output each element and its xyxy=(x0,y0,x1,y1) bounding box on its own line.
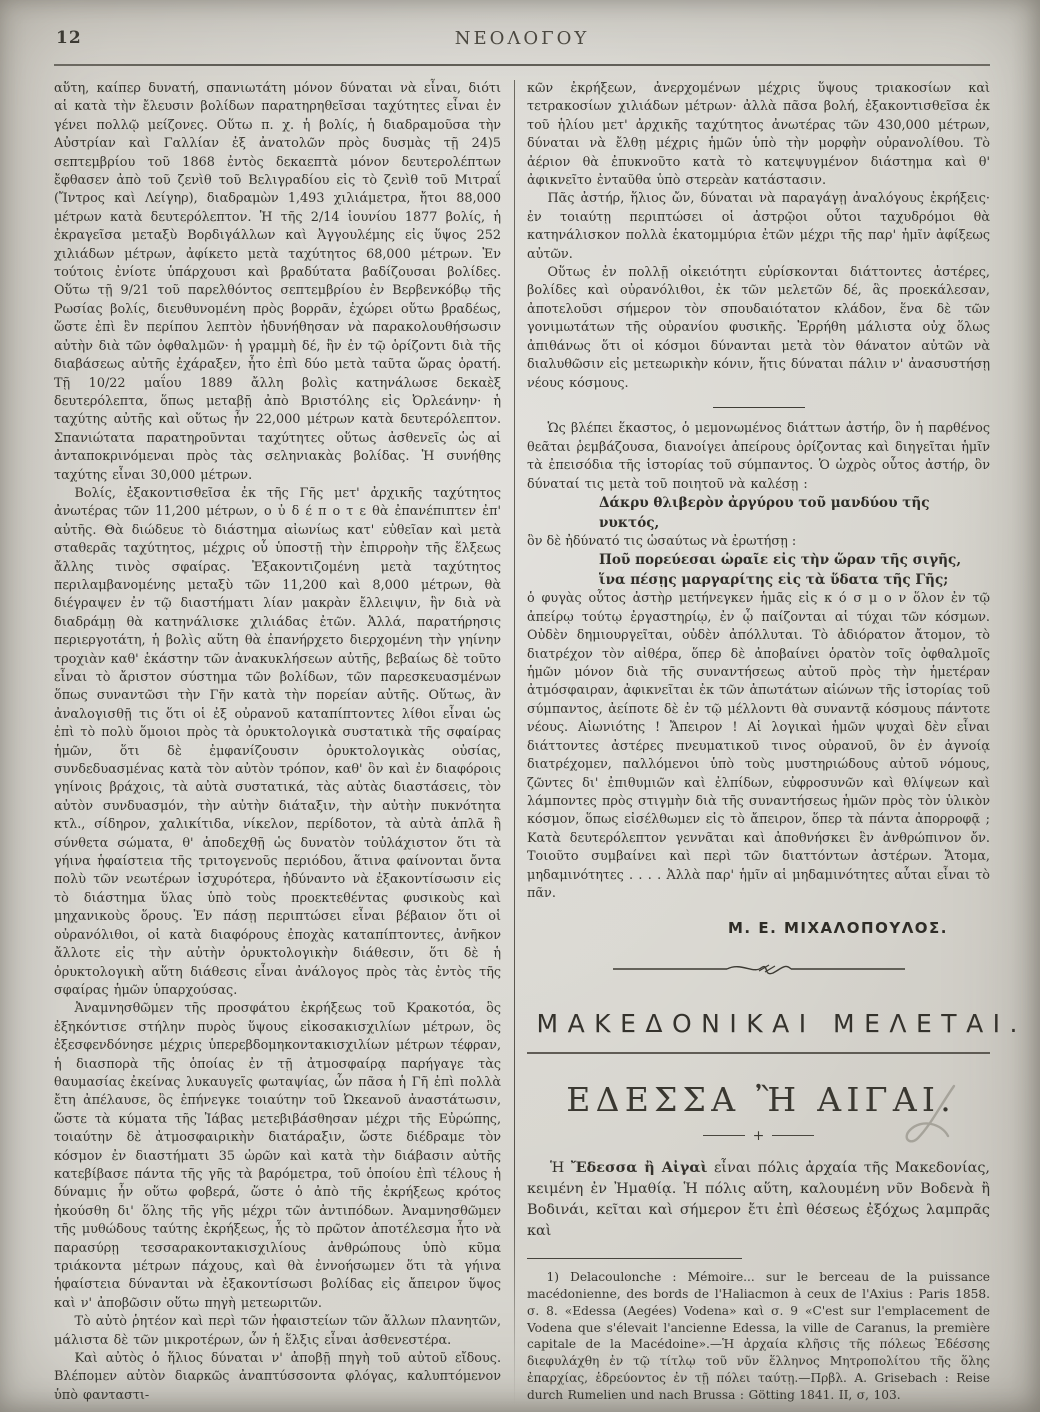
paragraph: αὕτη, καίπερ δυνατή, σπανιωτάτη μόνον δύ… xyxy=(54,80,501,485)
paragraph: Τὸ αὐτὸ ῥητέον καὶ περὶ τῶν ἡφαιστείων τ… xyxy=(54,1313,501,1350)
newspaper-page: 12 ΝΕΟΛΟΓΟΥ αὕτη, καίπερ δυνατή, σπανιωτ… xyxy=(0,0,1040,1412)
intro-lead-bold: Ἔδεσσα ἢ Αἰγαὶ xyxy=(571,1159,708,1176)
header-rule xyxy=(54,64,990,66)
author-signature: Μ. Ε. ΜΙΧΑΛΟΠΟΥΛΟΣ. xyxy=(527,903,990,937)
ornament-divider xyxy=(527,937,990,987)
divider-plus: + xyxy=(753,1131,765,1141)
paragraph: Καὶ αὐτὸς ὁ ἥλιος δύναται ν' ἀποβῇ πηγὴ … xyxy=(54,1350,501,1405)
divider-bar xyxy=(703,1135,745,1136)
footnote-rule xyxy=(527,1258,742,1259)
paragraph: ὁ φυγὰς οὗτος ἀστὴρ μετήνεγκεν ἡμᾶς εἰς … xyxy=(527,590,990,903)
paragraph: Ὡς βλέπει ἕκαστος, ὁ μεμονωμένος διάττων… xyxy=(527,420,990,494)
paragraph: Πᾶς ἀστήρ, ἥλιος ὤν, δύναται νὰ παραγάγῃ… xyxy=(527,190,990,264)
verse-line: ἵνα πέσῃς μαργαρίτης εἰς τὰ ὕδατα τῆς Γῆ… xyxy=(599,571,990,591)
intro-prefix: Ἡ xyxy=(550,1160,571,1176)
paragraph: Οὕτως ἐν πολλῇ οἰκειότητι εὑρίσκονται δι… xyxy=(527,264,990,393)
article-title-block: ΕΔΕΣΣΑ Ἢ ΑΙΓΑΙ. xyxy=(527,1054,990,1125)
section-heading: ΜΑΚΕΔΟΝΙΚΑΙ ΜΕΛΕΤΑΙ. xyxy=(527,987,990,1052)
article-intro-paragraph: Ἡ Ἔδεσσα ἢ Αἰγαὶ εἶναι πόλις ἀρχαία τῆς … xyxy=(527,1157,990,1242)
left-column: αὕτη, καίπερ δυνατή, σπανιωτάτη μόνον δύ… xyxy=(54,80,501,1405)
pencil-mark-icon xyxy=(894,1080,972,1152)
columns: αὕτη, καίπερ δυνατή, σπανιωτάτη μόνον δύ… xyxy=(54,80,990,1405)
column-divider-rule xyxy=(514,80,515,1405)
right-column: κῶν ἐκρήξεων, ἀνερχομένων μέχρις ὕψους τ… xyxy=(527,80,990,1405)
divider-bar xyxy=(772,1135,814,1136)
masthead-title: ΝΕΟΛΟΓΟΥ xyxy=(54,20,990,49)
paragraph: ὃν δὲ ἠδύνατό τις ὡσαύτως νὰ ἐρωτήσῃ : xyxy=(527,533,990,551)
page-number: 12 xyxy=(56,28,82,48)
swirl-rule-icon xyxy=(609,959,909,977)
verse-line: Ποῦ πορεύεσαι ὡραῖε εἰς τὴν ὥραν τῆς σιγ… xyxy=(599,551,990,571)
footnote-text: 1) Delacoulonche : Mémoire... sur le ber… xyxy=(527,1269,990,1403)
page-header: 12 ΝΕΟΛΟΓΟΥ xyxy=(54,20,990,60)
paragraph: Βολίς, ἐξακοντισθεῖσα ἐκ τῆς Γῆς μετ' ἀρ… xyxy=(54,485,501,1000)
verse-line: Δάκρυ θλιβερὸν ἀργύρου τοῦ μανδύου τῆς ν… xyxy=(599,494,990,533)
paragraph: κῶν ἐκρήξεων, ἀνερχομένων μέχρις ὕψους τ… xyxy=(527,80,990,190)
section-break-rule xyxy=(713,407,805,409)
paragraph: Ἀναμνησθῶμεν τῆς προσφάτου ἐκρήξεως τοῦ … xyxy=(54,1000,501,1313)
